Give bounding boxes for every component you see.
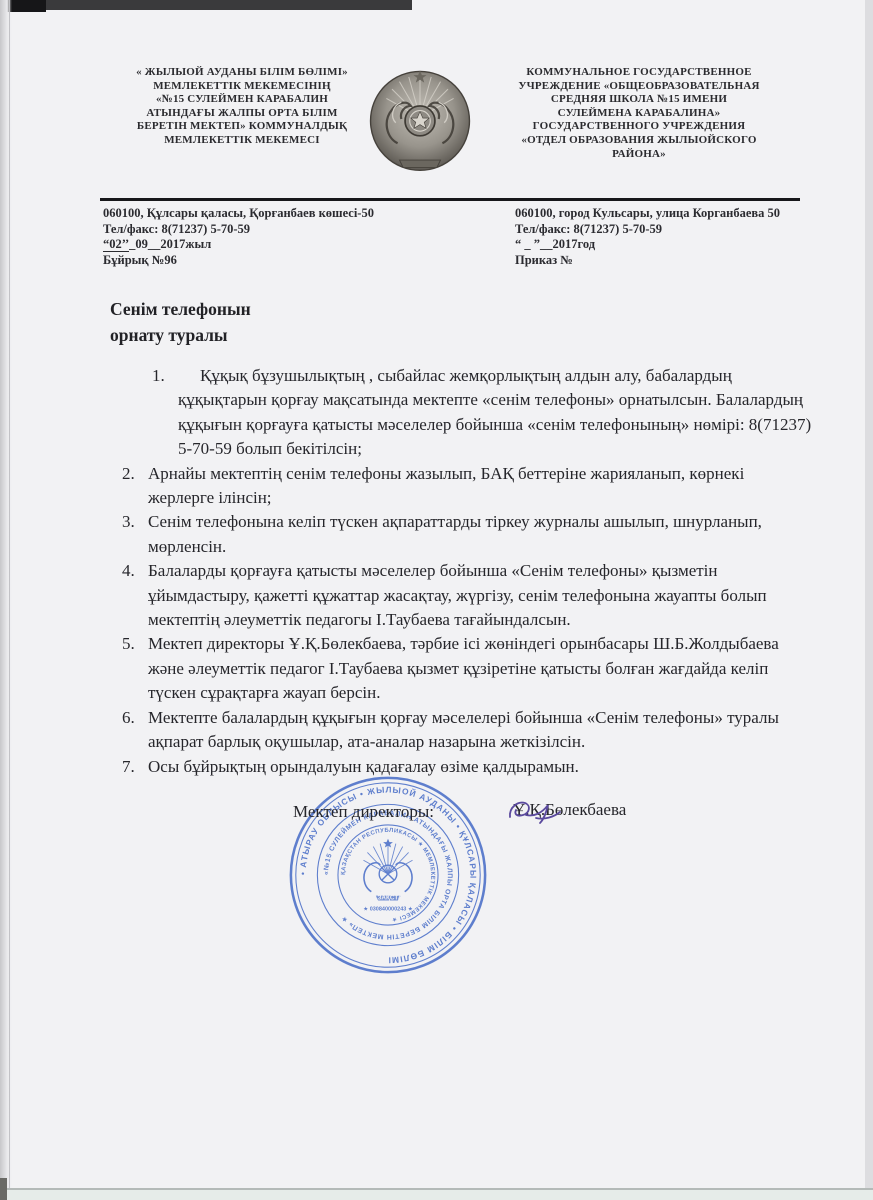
date-kk: “02’’_09__2017жыл (103, 237, 443, 253)
address-kk: 060100, Құлсары қаласы, Қорғанбаев көшес… (103, 206, 443, 222)
order-item: 4. Балаларды қорғауға қатысты мәселелер … (122, 559, 814, 632)
date-rest: _09__2017жыл (129, 237, 211, 251)
scan-edge-right (865, 0, 873, 1200)
handwritten-signature (506, 793, 564, 831)
org-line: ГОСУДАРСТВЕННОГО УЧРЕЖДЕНИЯ (486, 120, 792, 134)
org-line: АТЫНДАҒЫ ЖАЛПЫ ОРТА БІЛІМ (98, 107, 386, 121)
subject-line-1: Сенім телефонын (110, 296, 251, 322)
scan-edge-left-line (9, 0, 10, 1200)
org-line: «№15 СУЛЕЙМЕН КАРАБАЛИН (98, 93, 386, 107)
scan-edge-bottom-notch (0, 1178, 7, 1200)
scan-edge-bottom (0, 1190, 873, 1200)
date-ru: “ _ ”__2017год (515, 237, 845, 253)
org-line: БЕРЕТІН МЕКТЕП» КОММУНАЛДЫҚ (98, 120, 386, 134)
org-line: РАЙОНА» (486, 148, 792, 162)
scanned-document-page: « ЖЫЛЫОЙ АУДАНЫ БІЛІМ БӨЛІМІ»МЕМЛЕКЕТТІК… (0, 0, 873, 1200)
org-name-kazakh: « ЖЫЛЫОЙ АУДАНЫ БІЛІМ БӨЛІМІ»МЕМЛЕКЕТТІК… (98, 66, 386, 148)
order-item-text: Арнайы мектептің сенім телефоны жазылып,… (148, 462, 814, 511)
meta-block-kazakh: 060100, Құлсары қаласы, Қорғанбаев көшес… (103, 206, 443, 268)
org-line: КОММУНАЛЬНОЕ ГОСУДАРСТВЕННОЕ (486, 66, 792, 80)
subject-line-2: орнату туралы (110, 322, 251, 348)
order-item-number: 4. (122, 559, 148, 632)
order-item-number: 2. (122, 462, 148, 511)
org-name-russian: КОММУНАЛЬНОЕ ГОСУДАРСТВЕННОЕУЧРЕЖДЕНИЕ «… (486, 66, 792, 161)
org-line: УЧРЕЖДЕНИЕ «ОБЩЕОБРАЗОВАТЕЛЬНАЯ (486, 80, 792, 94)
org-line: СРЕДНЯЯ ШКОЛА №15 ИМЕНИ (486, 93, 792, 107)
order-item-number: 6. (122, 706, 148, 755)
order-item: 3. Сенім телефонына келіп түскен ақпарат… (122, 510, 814, 559)
date-day: “02’’ (103, 237, 129, 252)
order-item-number: 7. (122, 755, 148, 779)
org-line: «ОТДЕЛ ОБРАЗОВАНИЯ ЖЫЛЫОЙСКОГО (486, 134, 792, 148)
phone-ru: Тел/факс: 8(71237) 5-70-59 (515, 222, 845, 238)
meta-block-russian: 060100, город Кульсары, улица Корганбаев… (515, 206, 845, 268)
letterhead-divider (100, 198, 800, 201)
stamp-country-text: ҚАЗАҚСТАН (369, 895, 407, 902)
order-item-number: 5. (122, 632, 148, 705)
kazakhstan-emblem-icon (364, 60, 476, 178)
order-item-text: Мектеп директоры Ұ.Қ.Бөлекбаева, тәрбие … (148, 632, 814, 705)
scan-edge-left (0, 0, 12, 1200)
signature-role-label: Мектеп директоры: (293, 802, 434, 822)
order-item-text: Құқық бұзушылықтың , сыбайлас жемқорлықт… (178, 364, 814, 462)
order-number-kk: Бұйрық №96 (103, 253, 443, 269)
order-item-number: 3. (122, 510, 148, 559)
address-ru: 060100, город Кульсары, улица Корганбаев… (515, 206, 845, 222)
order-item: 1. Құқық бұзушылықтың , сыбайлас жемқорл… (152, 364, 814, 462)
phone-kk: Тел/факс: 8(71237) 5-70-59 (103, 222, 443, 238)
order-item: 6. Мектепте балалардың құқығын қорғау мә… (122, 706, 814, 755)
org-line: МЕМЛЕКЕТТІК МЕКЕМЕСІНІҢ (98, 80, 386, 94)
order-item-text: Сенім телефонына келіп түскен ақпараттар… (148, 510, 814, 559)
order-subject: Сенім телефонын орнату туралы (110, 296, 251, 348)
org-line: « ЖЫЛЫОЙ АУДАНЫ БІЛІМ БӨЛІМІ» (98, 66, 386, 80)
org-line: СУЛЕЙМЕНА КАРАБАЛИНА» (486, 107, 792, 121)
order-item-text: Мектепте балалардың құқығын қорғау мәсел… (148, 706, 814, 755)
order-number-ru: Приказ № (515, 253, 845, 269)
order-items-list: 1. Құқық бұзушылықтың , сыбайлас жемқорл… (122, 364, 814, 779)
order-item-number: 1. (152, 364, 178, 462)
org-line: МЕМЛЕКЕТТІК МЕКЕМЕСІ (98, 134, 386, 148)
order-item: 2. Арнайы мектептің сенім телефоны жазыл… (122, 462, 814, 511)
order-item: 5. Мектеп директоры Ұ.Қ.Бөлекбаева, тәрб… (122, 632, 814, 705)
order-item-text: Балаларды қорғауға қатысты мәселелер бой… (148, 559, 814, 632)
scan-edge-top (0, 0, 412, 10)
stamp-digits-text: ★ 030840000243 ★ (363, 906, 413, 912)
